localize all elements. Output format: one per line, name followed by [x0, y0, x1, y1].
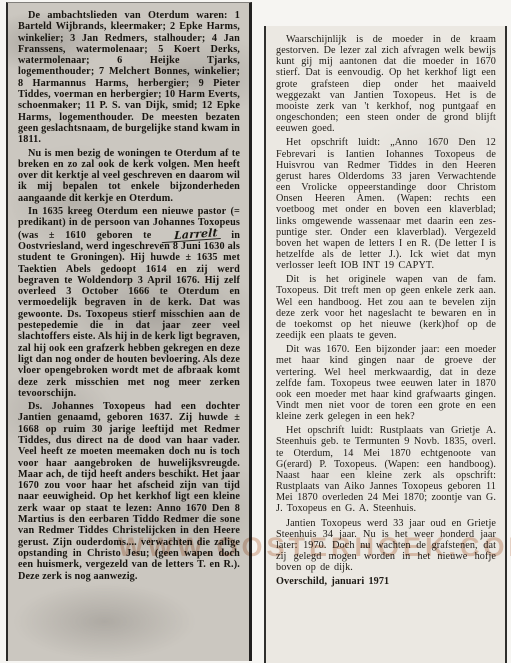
right-paragraph-hundred-years: Jantien Toxopeus werd 33 jaar oud en Gri…: [276, 518, 496, 574]
left-clipping-column: De ambachtslieden van Oterdum waren: 1 B…: [6, 2, 252, 661]
right-clipping-column: Waarschijnlijk is de moeder in de kraam …: [264, 26, 507, 663]
right-paragraph-inscription-1670: Het opschrift luidt: „Anno 1670 Den 12 F…: [276, 137, 496, 271]
right-paragraph-special-year: Dit was 1670. Een bijzonder jaar: een mo…: [276, 344, 496, 422]
dateline: Overschild, januari 1971: [276, 576, 496, 587]
scanned-newspaper-page: De ambachtslieden van Oterdum waren: 1 B…: [0, 0, 511, 663]
right-paragraph-inscription-1870: Het opschrift luidt: Rustplaats van Grie…: [276, 425, 496, 514]
left-paragraph-daughter-jantien: Ds. Johannes Toxopeus had een dochter Ja…: [18, 401, 240, 582]
left-paragraph-craftsmen-list: De ambachtslieden van Oterdum waren: 1 B…: [18, 10, 240, 146]
pastor-paragraph-text-after: in Oostvriesland, werd ingeschreven 8 Ju…: [18, 230, 240, 399]
right-paragraph-mother-died: Waarschijnlijk is de moeder in de kraam …: [276, 34, 496, 134]
left-paragraph-pastor-1635: In 1635 kreeg Oterdum een nieuwe pastor …: [18, 206, 240, 399]
left-paragraph-demolition: Nu is men bezig de woningen te Oterdum a…: [18, 148, 240, 204]
right-paragraph-family-crest: Dit is het originele wapen van de fam. T…: [276, 274, 496, 341]
